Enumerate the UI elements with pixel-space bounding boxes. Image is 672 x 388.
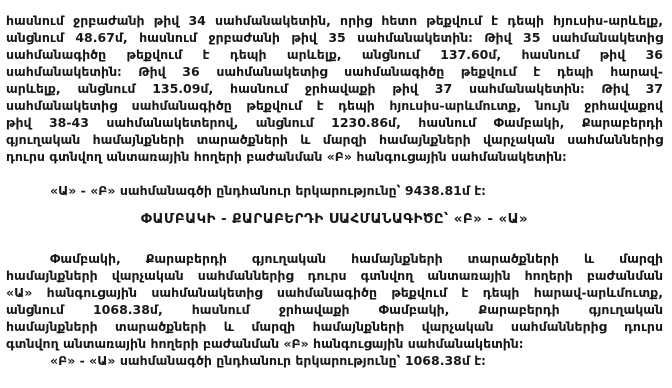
text-line: թիվ 38-43 սահմանակետերով, անցնում 1230.8… bbox=[6, 114, 663, 131]
text-line: դուրս գտնվող անտառային հողերի բաժանման «… bbox=[6, 148, 663, 165]
text-line: սահմանագիծը թեքվում է դեպի արևելք, անցնո… bbox=[6, 46, 663, 63]
paragraph-boundary-description-a-b: հասնում ջրբաժանի թիվ 34 սահմանակետին, որ… bbox=[6, 12, 663, 165]
paragraph-boundary-description-b-a: Փամբակի, Քարաբերդի գյուղական համայնքների… bbox=[6, 250, 663, 352]
text-line: համայնքների վարչական սահմաններից դուրս գ… bbox=[6, 267, 663, 284]
section-heading-pambak-karaberd: ՓԱՄԲԱԿԻ - ՔԱՐԱԲԵՐԴԻ ՍԱՀՄԱՆԱԳԻԾԸ՝ «Բ» - «… bbox=[6, 211, 663, 229]
text-line: «Ա» հանգուցային սահմանակետից սահմանագիծը… bbox=[6, 284, 663, 301]
text-line: Փամբակի, Քարաբերդի գյուղական համայնքների… bbox=[6, 250, 663, 267]
total-length-line-a-b: «Ա» - «Բ» սահմանագծի ընդհանուր երկարությ… bbox=[6, 182, 663, 199]
total-length-line-b-a: «Բ» - «Ա» սահմանագծի ընդհանուր երկարությ… bbox=[6, 352, 663, 369]
text-line: սահմանակետից սահմանագիծը թեքվում է դեպի … bbox=[6, 97, 663, 114]
text-line: անցնում 48.67մ, հասնում ջրբաժանի թիվ 35 … bbox=[6, 29, 663, 46]
text-line: համայնքների տարածքների և մարզի համայնքնե… bbox=[6, 318, 663, 335]
scanned-document-page: հասնում ջրբաժանի թիվ 34 սահմանակետին, որ… bbox=[0, 0, 672, 369]
text-line: հասնում ջրբաժանի թիվ 34 սահմանակետին, որ… bbox=[6, 12, 663, 29]
text-line: գտնվող անտառային հողերի բաժանման «Բ» հան… bbox=[6, 335, 663, 352]
text-line: սահմանակետին։ Թիվ 36 սահմանակետից սահման… bbox=[6, 63, 663, 80]
text-line: արևելք, անցնում 135.09մ, հասնում ջրհավաք… bbox=[6, 80, 663, 97]
text-line: գյուղական համայնքների տարածքների և մարզի… bbox=[6, 131, 663, 148]
text-line: անցնում 1068.38մ, հասնում ջրհավաքի Փամբա… bbox=[6, 301, 663, 318]
